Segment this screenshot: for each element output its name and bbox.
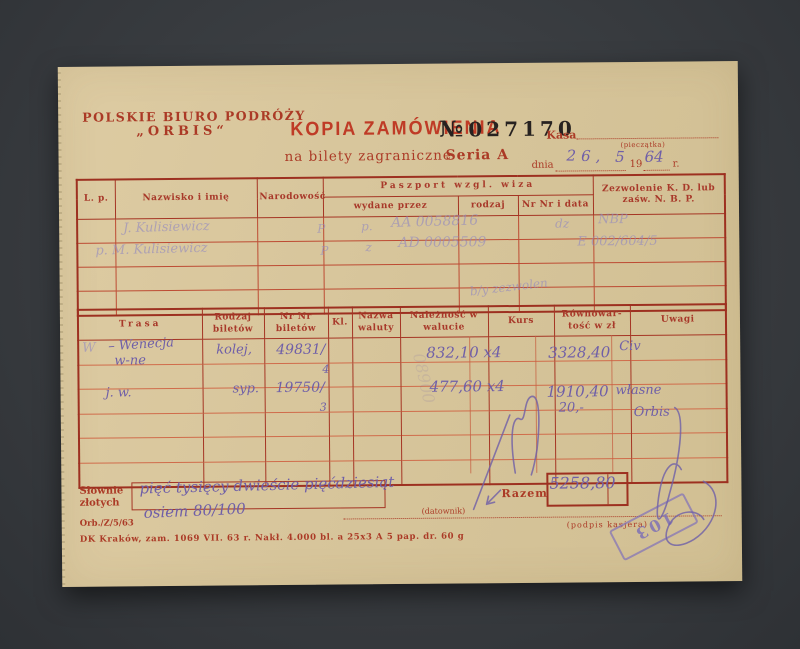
group-passport: Paszport wzgl. wiza bbox=[323, 175, 593, 197]
numero-sign: № bbox=[439, 116, 463, 142]
handwritten-ticket-nr-2: 19750/ bbox=[275, 380, 324, 396]
handwritten-ticket-nr-1: 49831/ bbox=[276, 342, 325, 358]
col-equivalent: Równowar-tość w zł bbox=[554, 305, 630, 336]
col-route: Trasa bbox=[78, 309, 202, 341]
handwritten-passport-1: AA 0058816 bbox=[391, 213, 478, 231]
handwritten-name-2: p. M. Kulisiewicz bbox=[95, 241, 208, 259]
handwritten-ticket-type-2: syp. bbox=[232, 381, 259, 396]
col-ticket-type: Rodzaj biletów bbox=[202, 308, 264, 339]
kasa-label: Kasa bbox=[546, 128, 576, 141]
col-amount: Należność w walucie bbox=[400, 306, 488, 337]
handwritten-total: 5258,80 bbox=[549, 473, 615, 493]
handwritten-amount-1: 832,10 x4 bbox=[426, 343, 501, 362]
col-notes: Uwagi bbox=[630, 304, 726, 335]
handwritten-equivalent-2: 1910,40 bbox=[547, 382, 609, 401]
col-lp: L. p. bbox=[77, 179, 115, 219]
col-rate: Kurs bbox=[488, 306, 554, 337]
form-code: Orb./Z/5/63 bbox=[80, 518, 134, 528]
handwritten-date-day-month: 26, 5 bbox=[566, 146, 630, 166]
company-brand: „ORBIS“ bbox=[136, 124, 228, 140]
ticket-rows bbox=[78, 335, 727, 488]
handwritten-permit-2: E 002/604/5 bbox=[577, 234, 657, 250]
handwritten-equivalent-1: 3328,40 bbox=[548, 343, 610, 362]
handwritten-route-2: j. w. bbox=[106, 385, 132, 400]
order-form-paper: POLSKIE BIURO PODRÓŻY „ORBIS“ KOPIA ZAMÓ… bbox=[60, 61, 743, 587]
col-permit: Zezwolenie K. D. lub zaśw. N. B. P. bbox=[593, 174, 725, 215]
handwritten-passport-2: AD 0005509 bbox=[398, 234, 486, 251]
handwritten-note-3: Orbis bbox=[634, 405, 670, 420]
series-label: Seria A bbox=[445, 147, 509, 164]
handwritten-nationality-2: P bbox=[320, 244, 328, 258]
col-class: Kl. bbox=[328, 307, 352, 338]
handwritten-route-1b: w-ne bbox=[114, 353, 146, 368]
handwritten-amount-2: 477,60 x4 bbox=[429, 377, 504, 396]
col-name: Nazwisko i imię bbox=[115, 178, 257, 219]
handwritten-date-year: 64 bbox=[644, 148, 663, 166]
handwritten-passport1-kind: dz bbox=[555, 217, 569, 231]
date-suffix: r. bbox=[673, 159, 680, 170]
total-label: Razem bbox=[501, 487, 548, 500]
handwritten-amount-words-2: osiem 80/100 bbox=[143, 500, 246, 522]
handwritten-note-2: własne bbox=[616, 383, 662, 398]
handwritten-ticket-nr-1-frac: 4 bbox=[322, 363, 329, 376]
col-nr-date: Nr Nr i data bbox=[518, 195, 593, 216]
col-ticket-nr: Nr Nr biletów bbox=[264, 308, 328, 339]
handwritten-equivalent-3: 20,- bbox=[559, 400, 584, 415]
date-century: 19 bbox=[630, 159, 643, 170]
photo-background: POLSKIE BIURO PODRÓŻY „ORBIS“ KOPIA ZAMÓ… bbox=[0, 0, 800, 649]
handwritten-route-mark: W bbox=[82, 341, 96, 356]
amount-in-words-label: Słownie złotych bbox=[79, 485, 127, 509]
handwritten-passport2-prefix: z bbox=[365, 240, 371, 254]
col-nationality: Narodowość bbox=[257, 178, 323, 218]
handwritten-passport1-prefix: p. bbox=[361, 219, 373, 233]
handwritten-permit-1: NBP bbox=[598, 212, 628, 227]
kasa-blank-line bbox=[576, 125, 718, 139]
handwritten-ticket-type-1: kolej, bbox=[216, 342, 252, 357]
handwritten-note-1: Civ bbox=[619, 339, 641, 354]
col-currency: Nazwa waluty bbox=[352, 307, 400, 338]
company-name: POLSKIE BIURO PODRÓŻY bbox=[82, 108, 306, 125]
handwritten-nationality-1: P bbox=[317, 222, 325, 236]
date-label: dnia bbox=[532, 160, 554, 171]
handwritten-name-1: J. Kulisiewicz bbox=[123, 219, 210, 236]
arrow-to-datownik bbox=[486, 490, 500, 504]
handwritten-ticket-nr-2-frac: 3 bbox=[320, 401, 327, 414]
print-info: DK Kraków, zam. 1069 VII. 63 r. Nakł. 4.… bbox=[80, 531, 464, 544]
form-subtitle: na bilety zagraniczne bbox=[284, 148, 451, 165]
